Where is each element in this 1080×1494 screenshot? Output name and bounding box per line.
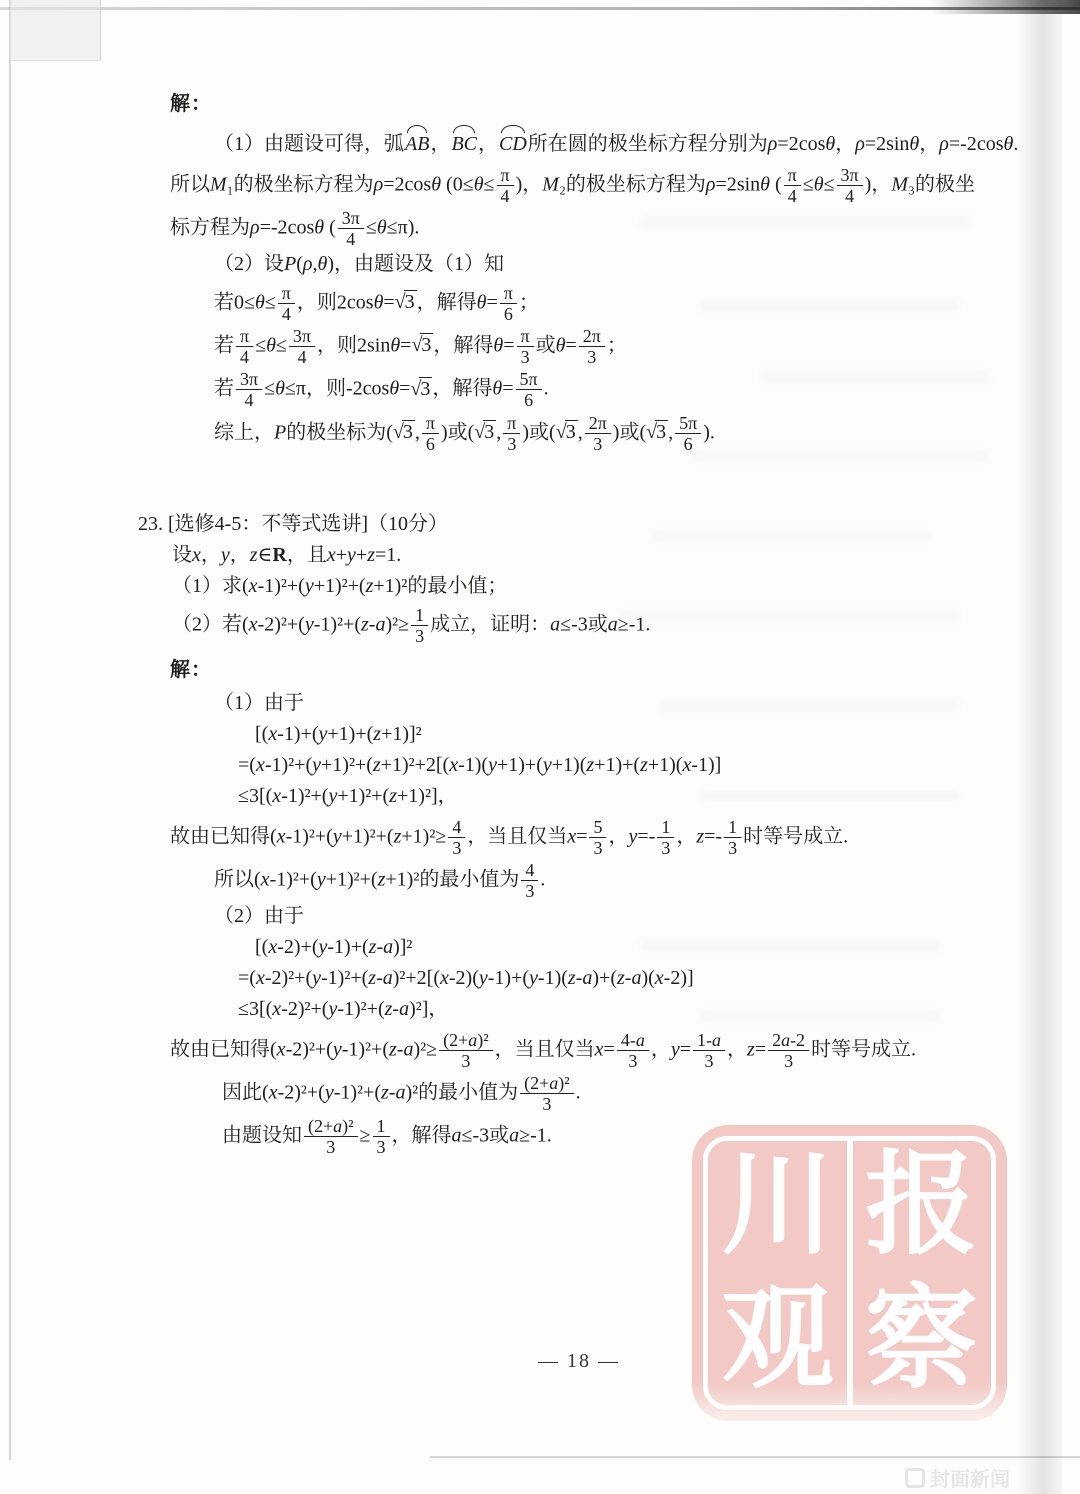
solution-line: （1）由题设可得，弧AB，BC，CD所在圆的极坐标方程分别为ρ=2cosθ，ρ=… <box>214 125 1022 157</box>
solution-line: 若0≤θ≤π4，则2cosθ=√3，解得θ=π6； <box>214 283 1022 324</box>
solution-line: [(x-1)+(y+1)+(z+1)]² <box>255 722 1022 747</box>
solution-line: （1）由于 <box>214 691 1022 716</box>
chuanbao-guancha-seal-watermark: 川 报 观 察 <box>692 1125 1007 1421</box>
cover-news-label: 封面新闻 <box>930 1463 1010 1492</box>
solution-line: [(x-2)+(y-1)+(z-a)]² <box>255 935 1022 960</box>
problem-title: [选修4-5：不等式选讲]（10分） <box>168 513 448 535</box>
solution-line: ≤3[(x-2)²+(y-1)²+(z-a)²]， <box>238 997 1022 1022</box>
solution-line: 故由已知得(x-2)²+(y-1)²+(z-a)²≥(2+a)²3，当且仅当x=… <box>170 1030 1022 1071</box>
solution-line: 若π4≤θ≤3π4，则2sinθ=√3，解得θ=π3或θ=2π3； <box>214 326 1022 367</box>
solution-line: 所以(x-1)²+(y+1)²+(z+1)²的最小值为43. <box>214 860 1022 901</box>
problem-number: 23. <box>138 513 163 535</box>
problem22-solution: 解： （1）由题设可得，弧AB，BC，CD所在圆的极坐标方程分别为ρ=2cosθ… <box>170 92 1022 456</box>
solution-line: ≤3[(x-1)²+(y+1)²+(z+1)²]， <box>238 784 1022 809</box>
problem-line: （1）求(x-1)²+(y+1)²+(z+1)²的最小值； <box>172 574 1022 599</box>
solution-line: 因此(x-2)²+(y-1)²+(z-a)²的最小值为(2+a)²3. <box>222 1073 1022 1114</box>
solution-heading: 解： <box>170 658 1022 683</box>
solution-line: 由题设知(2+a)²3≥13，解得a≤-3或a≥-1. <box>222 1116 1022 1157</box>
scan-bottom-edge <box>430 1456 1080 1458</box>
cover-news-watermark: 封面新闻 <box>905 1463 1010 1492</box>
solution-line: 故由已知得(x-1)²+(y+1)²+(z+1)²≥43，当且仅当x=53，y=… <box>170 817 1022 858</box>
scanned-page: 川 报 观 察 封面新闻 解： （1）由题设可得，弧AB，BC，CD所在圆的极坐… <box>0 0 1080 1494</box>
solution-line: （2）由于 <box>214 904 1022 929</box>
solution-line: 标方程为ρ=-2cosθ (3π4≤θ≤π). <box>170 208 1022 249</box>
problem23-statement: 23. [选修4-5：不等式选讲]（10分） 设x，y，z∈R，且x+y+z=1… <box>138 512 1022 648</box>
page-number: — 18 — <box>538 1350 620 1373</box>
scan-right-shadow <box>1016 0 1062 1494</box>
problem-line: 设x，y，z∈R，且x+y+z=1. <box>172 543 1022 568</box>
seal-character-grid: 川 报 观 察 <box>706 1139 993 1407</box>
solution-line: 综上，P的极坐标为(√3,π6)或(√3,π3)或(√3,2π3)或(√3,5π… <box>214 413 1022 454</box>
solution-line: （2）设P(ρ,θ)，由题设及（1）知 <box>214 252 1022 277</box>
solution-line: =(x-2)²+(y-1)²+(z-a)²+2[(x-2)(y-1)+(y-1)… <box>238 966 1022 991</box>
solution-heading: 解： <box>170 92 1022 117</box>
arc-overline <box>501 125 524 133</box>
problem23-solution: 解： （1）由于 [(x-1)+(y+1)+(z+1)]² =(x-1)²+(y… <box>170 658 1022 1160</box>
scan-top-left-corner <box>10 0 101 61</box>
problem-number-title: 23. [选修4-5：不等式选讲]（10分） <box>138 512 1022 537</box>
cover-news-logo-icon <box>905 1468 925 1488</box>
arc-overline <box>407 125 428 133</box>
solution-line: 所以M₁的极坐标方程为ρ=2cosθ (0≤θ≤π4)，M₂的极坐标方程为ρ=2… <box>170 165 1022 206</box>
arc-overline <box>453 125 475 133</box>
solution-line: =(x-1)²+(y+1)²+(z+1)²+2[(x-1)(y+1)+(y+1)… <box>238 753 1022 778</box>
problem-line: （2）若(x-2)²+(y-1)²+(z-a)²≥13成立，证明：a≤-3或a≥… <box>172 605 1022 646</box>
scan-top-edge <box>0 7 1080 10</box>
solution-line: 若3π4≤θ≤π，则-2cosθ=√3，解得θ=5π6. <box>214 369 1022 410</box>
seal-fade <box>692 1383 1007 1423</box>
scan-left-edge <box>9 0 11 1460</box>
